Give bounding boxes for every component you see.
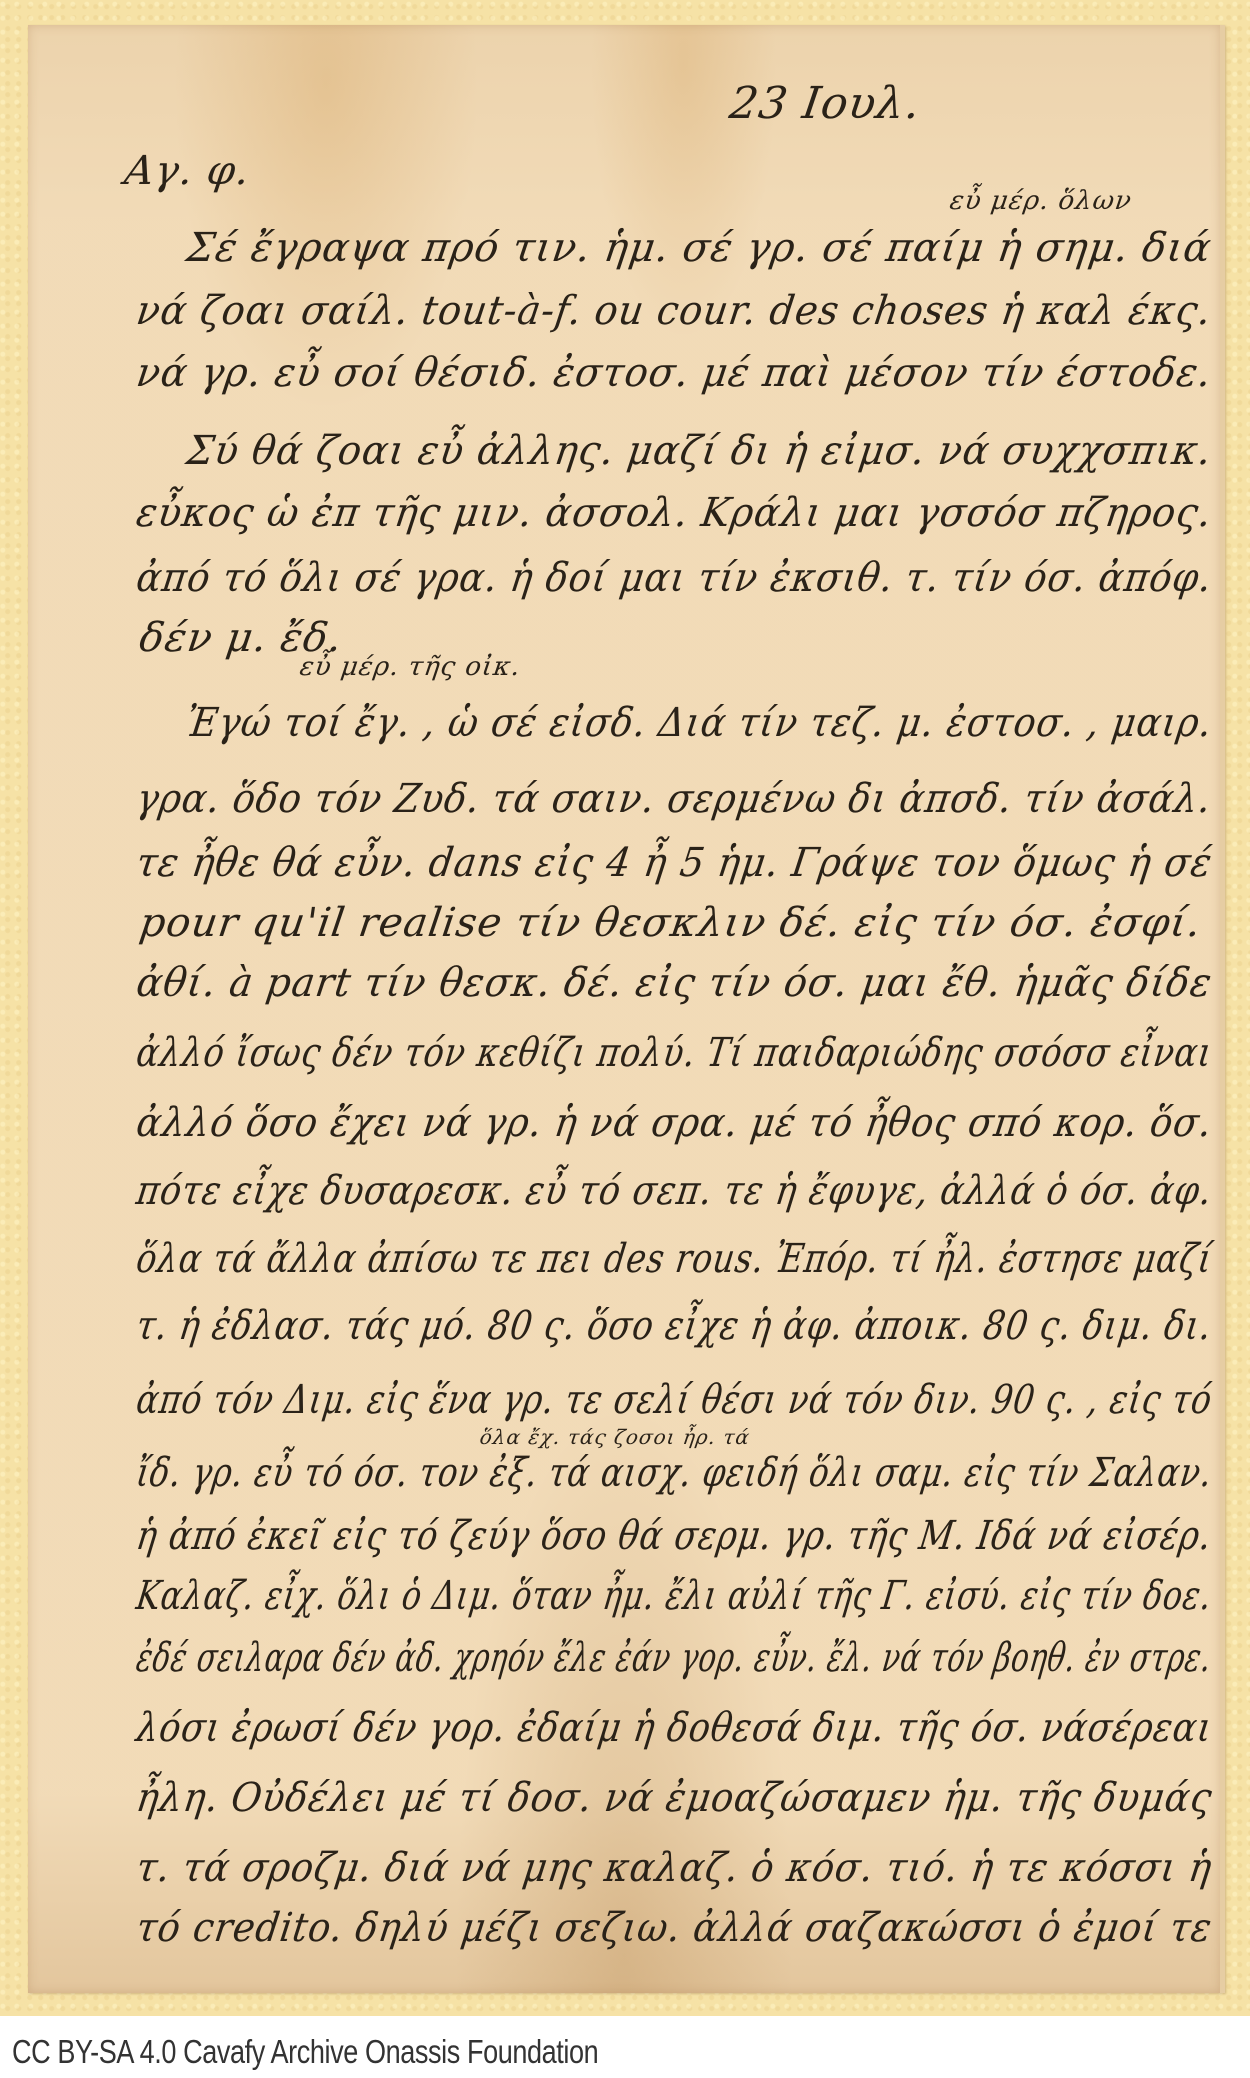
text-line: ἀπό τό ὅλι σέ γρα. ἡ δοί μαι τίν ἐκσιθ. … <box>134 555 1216 601</box>
text-line: pour qu'il realise τίν θεσκλιν δέ. εἰς τ… <box>137 900 1205 946</box>
text-line: Ἐγώ τοί ἔγ. , ὡ σέ εἰσδ. Διά τίν τεζ. μ.… <box>184 700 1216 746</box>
text-line: ὅλα τά ἄλλα ἀπίσω τε πει des rous. Ἐπόρ.… <box>134 1236 1216 1282</box>
interlinear-note: εὖ μέρ. ὅλων <box>948 186 1134 216</box>
text-line: ἀπό τόν Διμ. εἰς ἕνα γρ. τε σελί θέσι νά… <box>134 1377 1216 1423</box>
text-line: τ. τά σροζμ. διά νά μης καλαζ. ὁ κόσ. τι… <box>134 1845 1216 1891</box>
text-line: τό credito. δηλύ μέζι σεζιω. ἀλλά σαζακώ… <box>134 1905 1216 1951</box>
text-line: ἦλη. Οὐδέλει μέ τί δοσ. νά ἐμοαζώσαμεν ἡ… <box>134 1775 1216 1821</box>
text-line: τε ἦθε θά εὖν. dans εἰς 4 ἦ 5 ἡμ. Γράψε … <box>134 840 1216 886</box>
text-line: ἡ ἀπό ἐκεῖ εἰς τό ζεύγ ὅσο θά σερμ. γρ. … <box>134 1513 1215 1559</box>
text-line: ἀθί. à part τίν θεσκ. δέ. εἰς τίν όσ. μα… <box>134 960 1216 1006</box>
text-line: νά ζοαι σαίλ. tout-à-f. ou cour. des cho… <box>134 288 1215 334</box>
text-line: λόσι ἐρωσί δέν γορ. ἐδαίμ ἡ δοθεσά διμ. … <box>134 1705 1216 1751</box>
interlinear-note: ὅλα ἔχ. τάς ζοσοι ἦρ. τά <box>478 1425 751 1449</box>
text-line: νά γρ. εὖ σοί θέσιδ. ἐστοσ. μέ παὶ μέσον… <box>134 350 1215 396</box>
text-line: Σύ θά ζοαι εὖ ἀλλης. μαζί δι ἡ εἰμσ. νά … <box>184 428 1215 474</box>
text-line: ἴδ. γρ. εὖ τό όσ. τον ἐξ. τά αισχ. φειδή… <box>134 1450 1216 1496</box>
letter-date: 23 Ιουλ. <box>726 78 924 129</box>
text-line: γρα. ὅδο τόν Ζυδ. τά σαιν. σερμένω δι ἀπ… <box>134 776 1215 822</box>
text-line: τ. ἡ ἐδλασ. τάς μό. 80 ς. ὅσο εἶχε ἡ ἀφ.… <box>134 1303 1215 1349</box>
text-line: Καλαζ. εἶχ. ὅλι ὁ Διμ. ὅταν ἦμ. ἔλι αὐλί… <box>134 1573 1215 1619</box>
license-credit: CC BY-SA 4.0 Cavafy Archive Onassis Foun… <box>12 2033 598 2071</box>
text-line: πότε εἶχε δυσαρεσκ. εὖ τό σεπ. τε ἡ ἔφυγ… <box>134 1168 1216 1214</box>
text-line: Σέ ἔγραψα πρό τιν. ἡμ. σέ γρ. σέ παίμ ἡ … <box>184 225 1215 271</box>
text-line: εὖκος ὡ ἐπ τῆς μιν. ἀσσολ. Κράλι μαι γσσ… <box>134 490 1215 536</box>
text-line: ἐδέ σειλαρα δέν ἀδ. χρηόν ἔλε ἐάν γορ. ε… <box>134 1635 1215 1681</box>
text-line: ἀλλό ὅσο ἔχει νά γρ. ἡ νά σρα. μέ τό ἦθο… <box>134 1100 1216 1146</box>
interlinear-note: εὖ μέρ. τῆς οἰκ. <box>298 652 523 682</box>
letter-salutation: Αγ. φ. <box>122 148 253 194</box>
text-line: ἀλλό ἴσως δέν τόν κεθίζι πολύ. Τί παιδαρ… <box>134 1030 1216 1076</box>
